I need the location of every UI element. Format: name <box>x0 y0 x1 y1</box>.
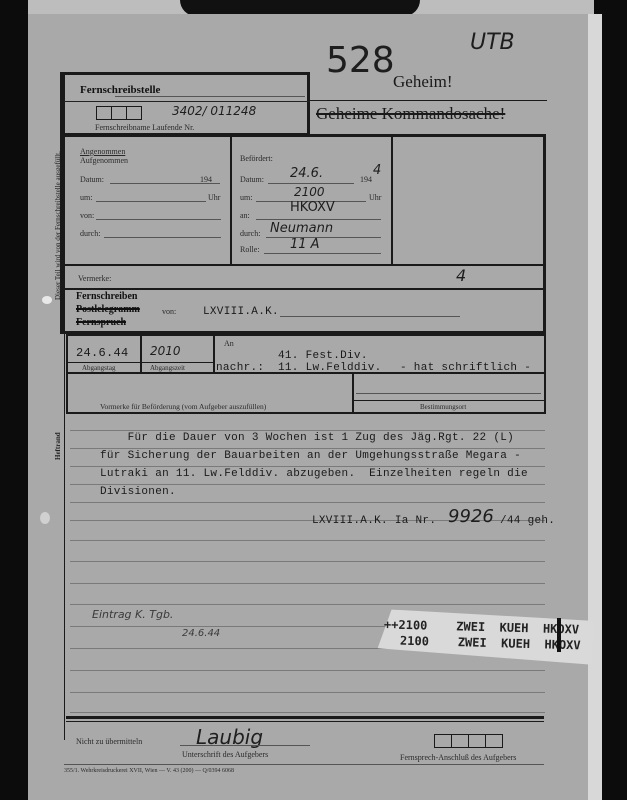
received-by-field[interactable] <box>104 237 221 238</box>
divider <box>62 288 546 290</box>
reference-number: 9926 <box>448 506 494 527</box>
divider <box>230 134 232 264</box>
name-number-value: 3402/ 011248 <box>172 104 256 118</box>
forwarded-to-label: an: <box>240 211 250 220</box>
classification-struck: Geheime Kommandosache! <box>316 104 505 124</box>
footer-rule <box>66 721 544 722</box>
forwarded-roll-label: Rolle: <box>240 245 260 254</box>
forwarded-uhr: Uhr <box>369 193 381 202</box>
type-post-telegram: Postlelegramm <box>76 304 140 315</box>
message-line: Für die Dauer von 3 Wochen ist 1 Zug des… <box>100 432 514 444</box>
forwarded-by-label: durch: <box>240 229 260 238</box>
forwarded-time-label: um: <box>240 193 252 202</box>
forwarded-year: 194 <box>360 175 372 184</box>
departure-time-value: 2010 <box>150 344 181 358</box>
name-number-label: Fernschreibname Laufende Nr. <box>95 123 194 132</box>
message-line: Lutraki an 11. Lw.Felddiv. abzugeben. Ei… <box>100 468 528 480</box>
notes-label: Vermerke: <box>78 274 111 283</box>
forwarded-by-value: Neumann <box>270 221 333 236</box>
forwarded-to-field[interactable] <box>256 219 381 220</box>
received-date-label: Datum: <box>80 175 104 184</box>
received-uhr: Uhr <box>208 193 220 202</box>
forwarded-date-label: Datum: <box>240 175 264 184</box>
archive-mark: UTB <box>470 30 515 55</box>
punch-hole <box>42 296 52 304</box>
footer-rule <box>66 716 544 719</box>
info-copy-note: - hat schriftlich - <box>400 362 531 374</box>
sender-value: LXVIII.A.K. <box>203 306 279 318</box>
forwarded-to-value: HKOXV <box>290 200 335 215</box>
reference-prefix: LXVIII.A.K. Ia Nr. <box>312 515 436 527</box>
side-note-bottom: Heftrand <box>54 432 62 460</box>
divider <box>310 100 547 101</box>
divider <box>140 334 142 374</box>
side-note-top: Dieser Teil wird von der Fernschreibstel… <box>54 151 62 300</box>
divider <box>64 101 310 102</box>
phone-label: Fernsprech-Anschluß des Aufgebers <box>400 753 516 762</box>
signature-label: Unterschrift des Aufgebers <box>182 750 268 759</box>
received-from-label: von: <box>80 211 94 220</box>
do-not-transmit-label: Nicht zu übermitteln <box>76 737 142 746</box>
destination-label: Bestimmungsort <box>420 403 466 411</box>
forwarded-date-value: 24.6. <box>290 166 323 181</box>
forwarded-year-suffix: 4 <box>373 163 381 178</box>
handwritten-date: 24.6.44 <box>182 628 220 639</box>
divider <box>62 264 546 266</box>
type-teletype: Fernschreiben <box>76 291 137 302</box>
info-copy-label: nachr.: <box>216 362 264 374</box>
divider <box>352 372 354 414</box>
forwarding-notes-label: Vormerke für Beförderung (vom Aufgeber a… <box>100 402 266 411</box>
type-telephone: Fernspruch <box>76 317 126 328</box>
forwarded-roll-field[interactable] <box>264 253 381 254</box>
received-time-field[interactable] <box>96 201 206 202</box>
forwarded-time-value: 2100 <box>294 185 325 199</box>
station-label: Fernschreibstelle <box>80 84 160 96</box>
to-label: An <box>224 339 234 348</box>
field-line <box>115 96 305 97</box>
phone-boxes <box>434 734 502 753</box>
print-info: 355/1. Wehrkreisdruckerei XVII, Wien — V… <box>64 768 234 774</box>
info-copy-value: 11. Lw.Felddiv. <box>278 362 382 374</box>
tape-mark <box>557 618 561 652</box>
recorded-title: Aufgenommen <box>80 156 128 165</box>
recipient-value: 41. Fest.Div. <box>278 350 368 362</box>
divider <box>353 400 546 401</box>
received-time-label: um: <box>80 193 92 202</box>
received-by-label: durch: <box>80 229 100 238</box>
departure-time-label: Abgangszeit <box>150 364 185 372</box>
message-line: Divisionen. <box>100 486 176 498</box>
forwarded-roll-value: 11 A <box>290 237 320 252</box>
departure-day-value: 24.6.44 <box>76 346 129 360</box>
divider <box>213 334 215 374</box>
divider <box>391 134 393 264</box>
received-from-field[interactable] <box>96 219 221 220</box>
received-title: Angenommen <box>80 147 125 156</box>
punch-hole <box>40 512 50 524</box>
paper-edge <box>588 14 602 800</box>
reference-suffix: /44 geh. <box>500 515 555 527</box>
received-year: 194 <box>200 175 212 184</box>
margin-line <box>64 334 65 740</box>
forwarded-title: Befördert: <box>240 154 273 163</box>
divider <box>64 764 544 765</box>
sender-label: von: <box>162 307 176 316</box>
handwritten-note: Eintrag K. Tgb. <box>92 608 173 621</box>
archive-number: 528 <box>326 40 395 81</box>
field-line <box>280 316 460 317</box>
notes-mark: 4 <box>456 266 466 285</box>
signature-line <box>180 745 310 746</box>
message-line: für Sicherung der Bauarbeiten an der Umg… <box>100 450 521 462</box>
classification: Geheim! <box>393 72 452 92</box>
departure-day-label: Abgangstag <box>82 364 115 372</box>
divider <box>66 362 214 363</box>
forwarded-by-field[interactable] <box>266 237 381 238</box>
field-line <box>356 393 541 394</box>
forwarded-date-field[interactable] <box>268 183 354 184</box>
